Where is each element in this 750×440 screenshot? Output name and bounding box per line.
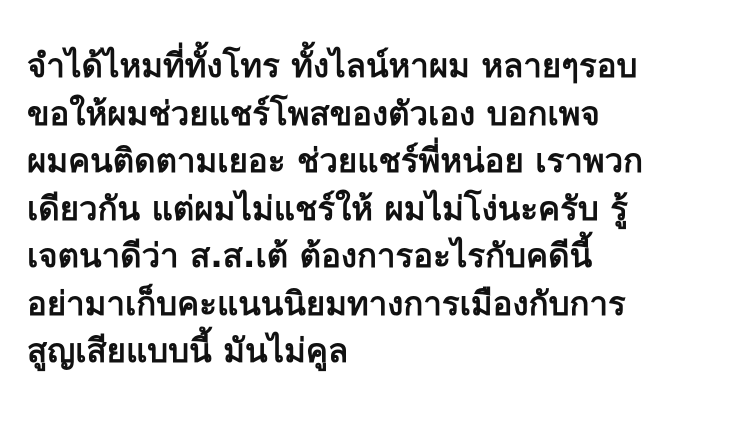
text-line-1: จำได้ไหมที่ทั้งโทร ทั้งไลน์หาผม หลายๆรอบ bbox=[27, 42, 747, 90]
text-line-4: เดียวกัน แต่ผมไม่แชร์ให้ ผมไม่โง่นะครับ … bbox=[27, 185, 747, 233]
text-line-6: อย่ามาเก็บคะแนนนิยมทางการเมืองกับการ bbox=[27, 280, 747, 328]
text-line-2: ขอให้ผมช่วยแชร์โพสของตัวเอง บอกเพจ bbox=[27, 90, 747, 138]
text-line-3: ผมคนติดตามเยอะ ช่วยแชร์พี่หน่อย เราพวก bbox=[27, 137, 747, 185]
post-text: จำได้ไหมที่ทั้งโทร ทั้งไลน์หาผม หลายๆรอบ… bbox=[27, 42, 747, 375]
text-line-7: สูญเสียแบบนี้ มันไม่คูล bbox=[27, 327, 747, 375]
text-line-5: เจตนาดีว่า ส.ส.เต้ ต้องการอะไรกับคดีนี้ bbox=[27, 232, 747, 280]
